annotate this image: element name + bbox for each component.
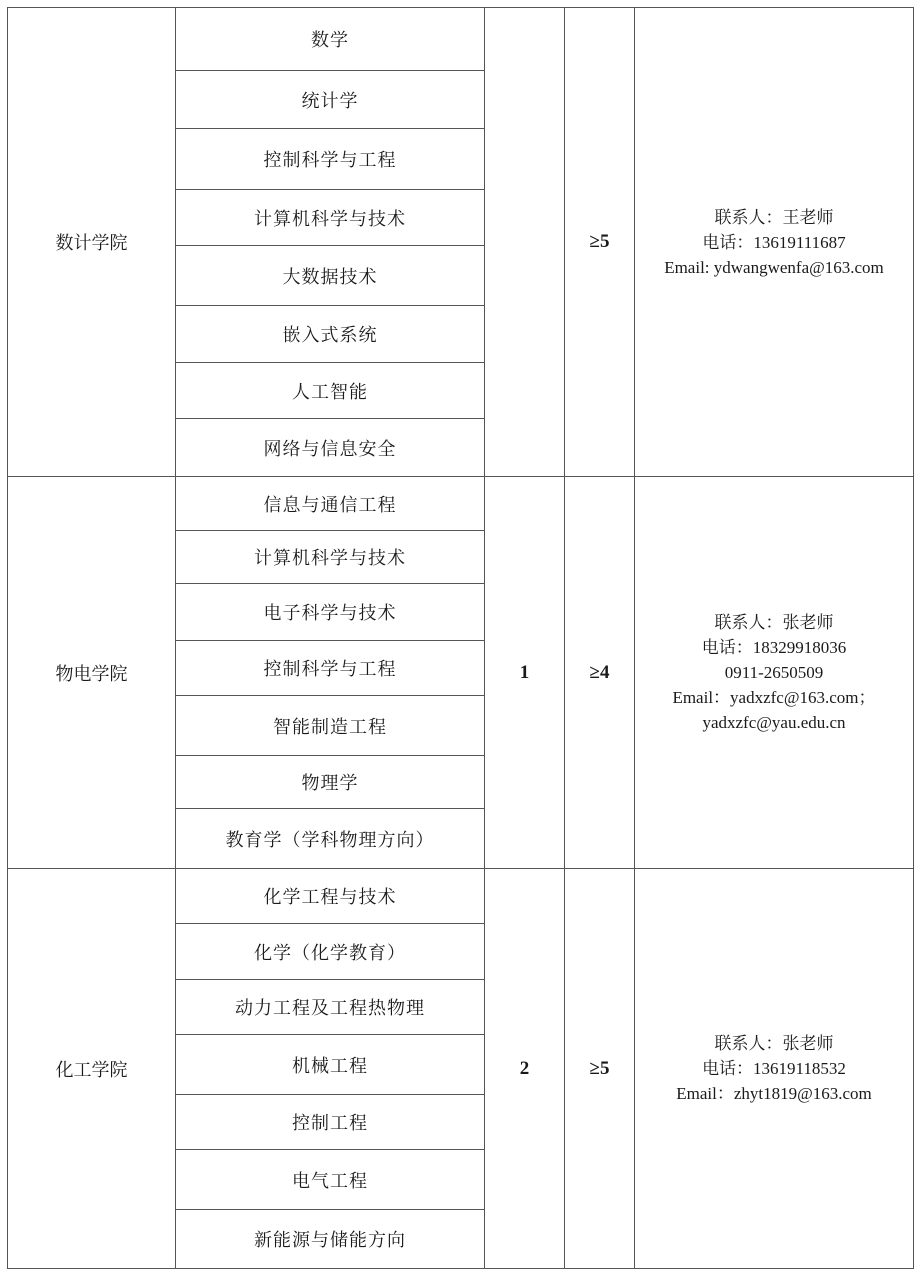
college-cell: 数计学院 (8, 8, 176, 477)
major-cell: 网络与信息安全 (176, 419, 485, 477)
major-cell: 计算机科学与技术 (176, 531, 485, 584)
major-cell: 计算机科学与技术 (176, 190, 485, 246)
major-cell: 信息与通信工程 (176, 477, 485, 531)
major-cell: 大数据技术 (176, 246, 485, 306)
table-row: 数计学院数学≥5联系人：王老师电话：13619111687Email: ydwa… (8, 8, 914, 71)
table-row: 物电学院信息与通信工程1≥4联系人：张老师电话：183299180360911-… (8, 477, 914, 531)
major-cell: 统计学 (176, 71, 485, 129)
college-cell: 化工学院 (8, 869, 176, 1269)
major-cell: 电气工程 (176, 1150, 485, 1210)
table-row: 化工学院化学工程与技术2≥5联系人：张老师电话：13619118532Email… (8, 869, 914, 924)
major-cell: 化学（化学教育） (176, 924, 485, 980)
major-cell: 教育学（学科物理方向） (176, 809, 485, 869)
contact-line: 联系人：张老师 (635, 1031, 913, 1056)
contact-line: 联系人：张老师 (635, 610, 913, 635)
major-cell: 嵌入式系统 (176, 306, 485, 363)
contact-line: 电话：18329918036 (635, 635, 913, 660)
major-cell: 新能源与储能方向 (176, 1210, 485, 1269)
contact-line: 联系人：王老师 (635, 205, 913, 230)
contact-line: 0911-2650509 (635, 660, 913, 685)
contact-cell: 联系人：张老师电话：13619118532Email：zhyt1819@163.… (635, 869, 914, 1269)
major-cell: 物理学 (176, 756, 485, 809)
major-cell: 电子科学与技术 (176, 584, 485, 641)
major-cell: 人工智能 (176, 363, 485, 419)
count-cell: 1 (485, 477, 565, 869)
contact-line: Email：yadxzfc@163.com； (635, 685, 913, 710)
major-cell: 化学工程与技术 (176, 869, 485, 924)
contact-line: 电话：13619111687 (635, 230, 913, 255)
count-cell (485, 8, 565, 477)
requirement-cell: ≥5 (565, 8, 635, 477)
contact-cell: 联系人：张老师电话：183299180360911-2650509Email：y… (635, 477, 914, 869)
college-cell: 物电学院 (8, 477, 176, 869)
major-cell: 控制科学与工程 (176, 129, 485, 190)
requirement-cell: ≥4 (565, 477, 635, 869)
major-cell: 控制科学与工程 (176, 641, 485, 696)
count-cell: 2 (485, 869, 565, 1269)
requirement-cell: ≥5 (565, 869, 635, 1269)
major-cell: 机械工程 (176, 1035, 485, 1095)
major-cell: 动力工程及工程热物理 (176, 980, 485, 1035)
contact-line: Email: ydwangwenfa@163.com (635, 255, 913, 280)
recruitment-table: 数计学院数学≥5联系人：王老师电话：13619111687Email: ydwa… (7, 7, 914, 1269)
major-cell: 数学 (176, 8, 485, 71)
contact-line: yadxzfc@yau.edu.cn (635, 710, 913, 735)
major-cell: 控制工程 (176, 1095, 485, 1150)
contact-cell: 联系人：王老师电话：13619111687Email: ydwangwenfa@… (635, 8, 914, 477)
contact-line: Email：zhyt1819@163.com (635, 1081, 913, 1106)
major-cell: 智能制造工程 (176, 696, 485, 756)
table-body: 数计学院数学≥5联系人：王老师电话：13619111687Email: ydwa… (8, 8, 914, 1269)
contact-line: 电话：13619118532 (635, 1056, 913, 1081)
